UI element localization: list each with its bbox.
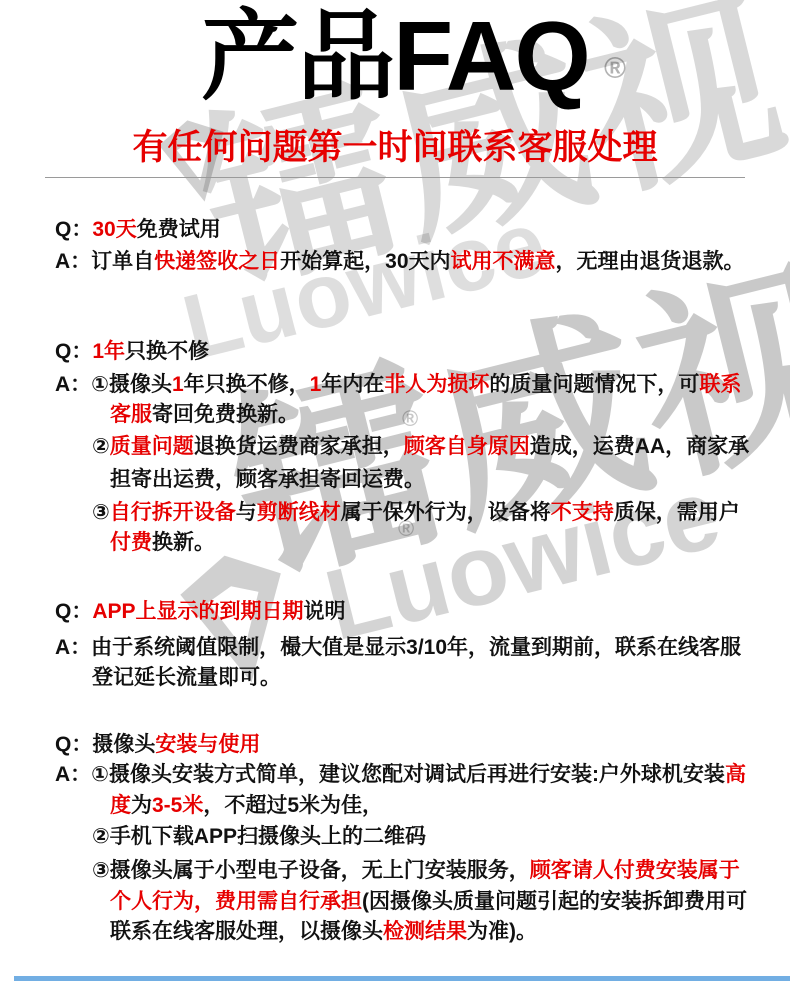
text-segment: A：①摄像头 (55, 373, 172, 396)
text-segment: 为准)。 (467, 920, 537, 943)
text-segment: 试用不满意 (451, 250, 556, 273)
faq-answer-line: 付费换新。 (110, 528, 215, 558)
text-segment: 1 (310, 373, 322, 396)
text-segment: 质保，需用户 (614, 501, 740, 524)
text-segment: 退换货运费商家承担， (194, 435, 404, 458)
text-segment: Q： (55, 218, 92, 241)
faq-answer-line: 度为3-5米，不超过5米为佳， (110, 791, 383, 821)
text-segment: 质量问题 (110, 435, 194, 458)
text-segment: 担寄出运费，顾客承担寄回运费。 (110, 468, 425, 491)
text-segment: 登记延长流量即可。 (92, 666, 281, 689)
faq-answer-line: ③自行拆开设备与剪断线材属于保外行为，设备将不支持质保，需用户 (92, 498, 740, 528)
text-segment: ③ (92, 501, 110, 524)
text-segment: 顾客请人付费安装属于 (530, 859, 740, 882)
text-segment: 1 (172, 373, 184, 396)
faq-page: 产品FAQ 有任何问题第一时间联系客服处理 Q：30天免费试用A：订单自快递签收… (0, 0, 790, 981)
faq-answer-line: ②质量问题退换货运费商家承担，顾客自身原因造成，运费AA，商家承 (92, 432, 749, 462)
text-segment: 客服 (110, 403, 152, 426)
text-segment: 30天 (92, 218, 136, 241)
text-segment: 检测结果 (383, 920, 467, 943)
text-segment: 寄回免费换新。 (152, 403, 299, 426)
text-segment: 个人行为，费用需自行承担 (110, 890, 362, 913)
text-segment: A：①摄像头安装方式简单，建议您配对调试后再进行安装:户外球机安装 (55, 763, 725, 786)
text-segment: 只换不修 (125, 340, 209, 363)
text-segment: APP上显示的到期日期 (92, 600, 303, 623)
faq-question-line: Q：APP上显示的到期日期说明 (55, 597, 346, 627)
text-segment: 年内在 (321, 373, 384, 396)
faq-question-line: Q：1年只换不修 (55, 337, 209, 367)
page-subtitle: 有任何问题第一时间联系客服处理 (0, 120, 790, 170)
text-segment: 度 (110, 794, 131, 817)
faq-answer-line: A：订单自快递签收之日开始算起，30天内试用不满意，无理由退货退款。 (55, 247, 745, 277)
faq-answer-line: 个人行为，费用需自行承担(因摄像头质量问题引起的安装拆卸费用可 (110, 887, 747, 917)
faq-answer-line: 客服寄回免费换新。 (110, 400, 299, 430)
text-segment: 摄像头 (92, 733, 155, 756)
text-segment: 说明 (304, 600, 346, 623)
faq-question-line: Q：摄像头安装与使用 (55, 730, 260, 760)
text-segment: 联系在线客服处理，以摄像头 (110, 920, 383, 943)
text-segment: 付费 (110, 531, 152, 554)
text-segment: 年只换不修， (184, 373, 310, 396)
text-segment: 安装与使用 (155, 733, 260, 756)
text-segment: 开始算起，30天内 (280, 250, 450, 273)
text-segment: ，不超过5米为佳， (203, 794, 383, 817)
faq-answer-line: 担寄出运费，顾客承担寄回运费。 (110, 465, 425, 495)
text-segment: 免费试用 (137, 218, 221, 241)
faq-answer-line: A：由于系统阈值限制，樶大值是显示3/10年，流量到期前，联系在线客服 (55, 633, 741, 663)
text-segment: 3-5米 (152, 794, 203, 817)
text-segment: Q： (55, 340, 92, 363)
text-segment: 造成，运费AA，商家承 (530, 435, 749, 458)
text-segment: 1年 (92, 340, 125, 363)
text-segment: 联系 (699, 373, 741, 396)
text-segment: Q： (55, 600, 92, 623)
text-segment: ③摄像头属于小型电子设备，无上门安装服务， (92, 859, 530, 882)
text-segment: A：订单自 (55, 250, 154, 273)
text-segment: 的质量问题情况下，可 (489, 373, 699, 396)
text-segment: (因摄像头质量问题引起的安装拆卸费用可 (362, 890, 747, 913)
text-segment: ②手机下载APP扫摄像头上的二维码 (92, 825, 426, 848)
text-segment: A：由于系统阈值限制，樶大值是显示3/10年，流量到期前，联系在线客服 (55, 636, 741, 659)
text-segment: 高 (725, 763, 746, 786)
bottom-accent-bar (14, 976, 790, 981)
faq-question-line: Q：30天免费试用 (55, 215, 221, 245)
text-segment: ② (92, 435, 110, 458)
page-title: 产品FAQ (0, 2, 790, 112)
text-segment: ，无理由退货退款。 (556, 250, 745, 273)
text-segment: 与 (236, 501, 257, 524)
text-segment: 属于保外行为，设备将 (341, 501, 551, 524)
faq-answer-line: A：①摄像头1年只换不修，1年内在非人为损坏的质量问题情况下，可联系 (55, 370, 741, 400)
text-segment: 不支持 (551, 501, 614, 524)
divider-line (45, 177, 745, 178)
text-segment: 顾客自身原因 (404, 435, 530, 458)
text-segment: 剪断线材 (257, 501, 341, 524)
text-segment: 非人为损坏 (384, 373, 489, 396)
text-segment: 换新。 (152, 531, 215, 554)
text-segment: Q： (55, 733, 92, 756)
faq-answer-line: ②手机下载APP扫摄像头上的二维码 (92, 822, 426, 852)
text-segment: 快递签收之日 (154, 250, 280, 273)
faq-answer-line: 联系在线客服处理，以摄像头检测结果为准)。 (110, 917, 537, 947)
faq-answer-line: A：①摄像头安装方式简单，建议您配对调试后再进行安装:户外球机安装高 (55, 760, 746, 790)
faq-answer-line: 登记延长流量即可。 (92, 663, 281, 693)
text-segment: 为 (131, 794, 152, 817)
text-segment: 自行拆开设备 (110, 501, 236, 524)
faq-answer-line: ③摄像头属于小型电子设备，无上门安装服务，顾客请人付费安装属于 (92, 856, 740, 886)
